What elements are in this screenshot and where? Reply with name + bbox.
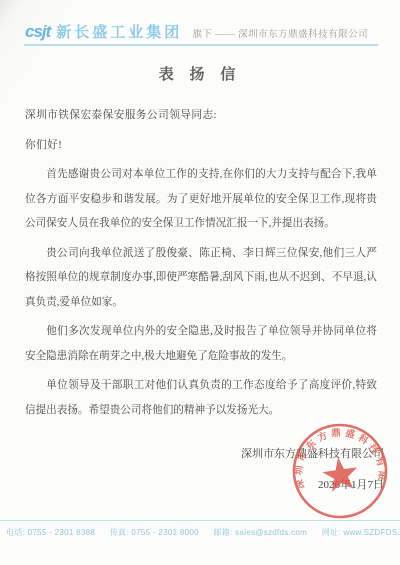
footer-divider [0, 520, 400, 521]
company-logo: csjt [25, 22, 50, 42]
greeting: 你们好! [25, 134, 377, 159]
paragraph: 他们多次发现单位内外的安全隐患,及时报告了单位领导并协同单位将安全隐患消除在萌芽… [25, 320, 377, 369]
signature-block: 深圳市东方鼎盛科技有限公司 2026年1月7日 [241, 439, 384, 501]
letter-page: csjt 新长盛工业集团 旗下 —— 深圳市东方鼎盛科技有限公司 表 扬 信 深… [0, 0, 400, 565]
header-divider [24, 44, 378, 46]
paragraph: 首先感谢贵公司对本单位工作的支持,在你们的大力支持与配合下,我单位各方面平安稳步… [25, 163, 377, 237]
paragraph: 单位领导及干部职工对他们认真负责的工作态度给予了高度评价,特致信提出表扬。希望贵… [25, 374, 377, 423]
footer-phone: 电话: 0755 - 2301 8388 [6, 528, 95, 537]
paragraph: 贵公司向我单位派送了殷俊豪、陈正椅、李日辉三位保安,他们三人严格按照单位的规章制… [25, 242, 377, 316]
group-name: 新长盛工业集团 [56, 21, 182, 42]
salutation: 深圳市铁保宏泰保安服务公司领导同志: [25, 104, 377, 129]
letterhead: csjt 新长盛工业集团 旗下 —— 深圳市东方鼎盛科技有限公司 [25, 21, 382, 42]
footer-contacts: 电话: 0755 - 2301 8388 传真: 0755 - 2301 800… [0, 527, 400, 538]
footer-email: 邮箱: sales@szdfds.com [213, 528, 307, 537]
footer-fax: 传真: 0755 - 2301 8000 [110, 528, 199, 537]
letter-title: 表 扬 信 [0, 63, 400, 84]
signature-date: 2026年1月7日 [241, 470, 384, 501]
signature-company: 深圳市东方鼎盛科技有限公司 [241, 439, 384, 470]
letter-body: 深圳市铁保宏泰保安服务公司领导同志: 你们好! 首先感谢贵公司对本单位工作的支持… [25, 104, 377, 428]
subsidiary-name: 旗下 —— 深圳市东方鼎盛科技有限公司 [192, 26, 368, 40]
footer-website: 网址: www.SZDFDS.com [322, 528, 400, 537]
